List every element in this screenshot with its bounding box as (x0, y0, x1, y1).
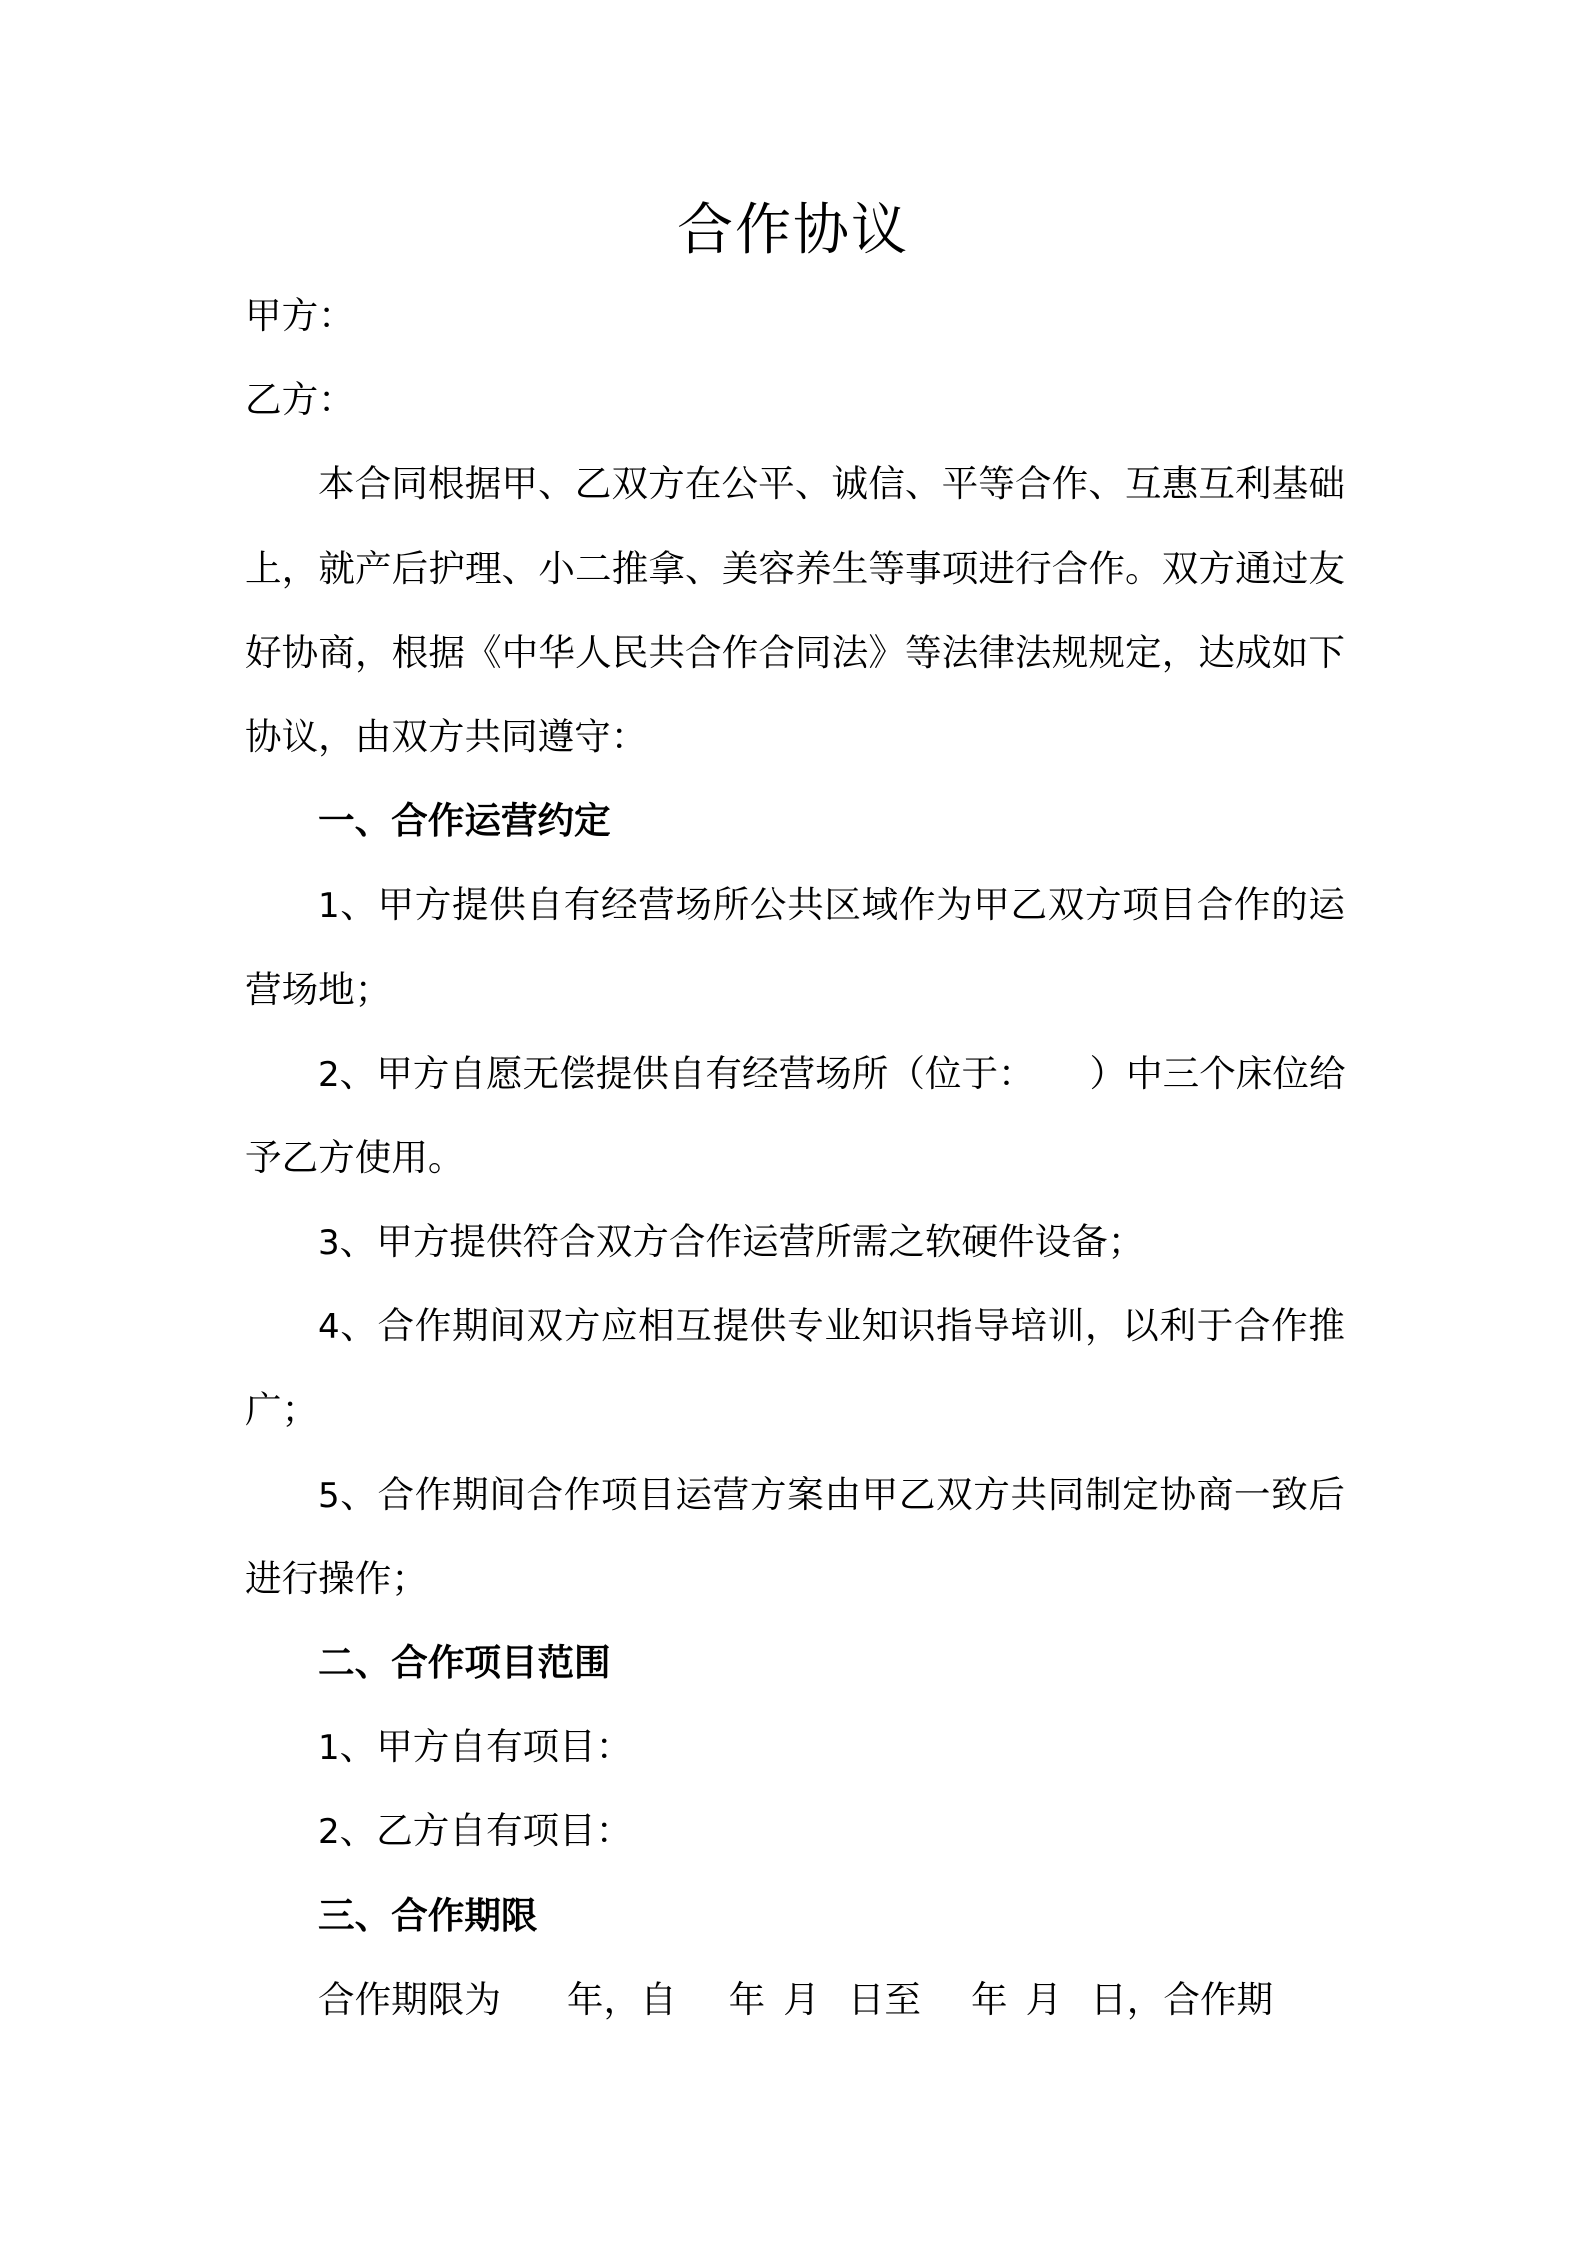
clause-line: 营场地； (245, 948, 1345, 1032)
document-page: 合作协议 甲方： 乙方： 本合同根据甲、乙双方在公平、诚信、平等合作、互惠互利基… (0, 0, 1586, 2244)
term-text: 日，合作期 (1090, 1978, 1273, 2021)
term-line: 合作期限为年，自年月日至年月日，合作期 (245, 1958, 1345, 2042)
clause-1-1: 1、甲方提供自有经营场所公共区域作为甲乙双方项目合作的运 营场地； (245, 863, 1345, 1031)
preamble-line: 上，就产后护理、小二推拿、美容养生等事项进行合作。双方通过友 (245, 527, 1345, 611)
clause-line: 3、甲方提供符合双方合作运营所需之软硬件设备； (245, 1200, 1345, 1284)
clause-text: 、合作期间双方应相互提供专业知识指导培训，以利于合作推 (340, 1304, 1345, 1347)
clause-1-3: 3、甲方提供符合双方合作运营所需之软硬件设备； (245, 1200, 1345, 1284)
clause-line: 2、甲方自愿无偿提供自有经营场所（位于： ）中三个床位给 (245, 1032, 1345, 1116)
clause-1-4: 4、合作期间双方应相互提供专业知识指导培训，以利于合作推 广； (245, 1284, 1345, 1452)
preamble-line: 本合同根据甲、乙双方在公平、诚信、平等合作、互惠互利基础 (245, 442, 1345, 526)
term-text: 合作期限为 (318, 1978, 501, 2021)
clause-text: 、甲方自有项目： (340, 1725, 633, 1768)
term-text: 月 (783, 1978, 820, 2021)
clause-line: 5、合作期间合作项目运营方案由甲乙双方共同制定协商一致后 (245, 1453, 1345, 1537)
section-heading-scope: 二、合作项目范围 (245, 1621, 1345, 1705)
clause-line: 进行操作； (245, 1537, 1345, 1621)
party-b-label: 乙方： (245, 378, 355, 421)
clause-line: 1、甲方提供自有经营场所公共区域作为甲乙双方项目合作的运 (245, 863, 1345, 947)
term-text: 月 (1026, 1978, 1063, 2021)
clause-line: 予乙方使用。 (245, 1116, 1345, 1200)
clause-1-5: 5、合作期间合作项目运营方案由甲乙双方共同制定协商一致后 进行操作； (245, 1453, 1345, 1621)
clause-text: 、甲方提供自有经营场所公共区域作为甲乙双方项目合作的运 (340, 883, 1345, 926)
preamble-line: 协议，由双方共同遵守： (245, 695, 1345, 779)
section-heading-operations: 一、合作运营约定 (245, 779, 1345, 863)
section-heading-term: 三、合作期限 (245, 1874, 1345, 1958)
term-text: 年 (971, 1978, 1008, 2021)
party-b-field: 乙方： (245, 358, 1345, 442)
clause-number: 2 (318, 1055, 340, 1095)
clause-text: 、合作期间合作项目运营方案由甲乙双方共同制定协商一致后 (340, 1473, 1345, 1516)
clause-1-2: 2、甲方自愿无偿提供自有经营场所（位于： ）中三个床位给 予乙方使用。 (245, 1032, 1345, 1200)
clause-number: 1 (318, 1728, 340, 1768)
clause-text: 、甲方自愿无偿提供自有经营场所（位于： ）中三个床位给 (340, 1052, 1346, 1095)
clause-text: 、乙方自有项目： (340, 1809, 633, 1852)
clause-line: 4、合作期间双方应相互提供专业知识指导培训，以利于合作推 (245, 1284, 1345, 1368)
term-text: 年 (729, 1978, 766, 2021)
clause-number: 1 (318, 886, 340, 926)
document-title: 合作协议 (0, 196, 1586, 266)
clause-line: 广； (245, 1368, 1345, 1452)
document-body: 甲方： 乙方： 本合同根据甲、乙双方在公平、诚信、平等合作、互惠互利基础 上，就… (245, 274, 1345, 2042)
clause-number: 2 (318, 1812, 340, 1852)
clause-2-2: 2、乙方自有项目： (245, 1789, 1345, 1873)
term-text: 日至 (848, 1978, 921, 2021)
preamble-paragraph: 本合同根据甲、乙双方在公平、诚信、平等合作、互惠互利基础 上，就产后护理、小二推… (245, 442, 1345, 779)
clause-number: 3 (318, 1223, 340, 1263)
term-text: 年，自 (567, 1978, 677, 2021)
party-a-label: 甲方： (245, 294, 355, 337)
clause-2-1: 1、甲方自有项目： (245, 1705, 1345, 1789)
party-a-field: 甲方： (245, 274, 1345, 358)
preamble-line: 好协商，根据《中华人民共合作合同法》等法律法规规定，达成如下 (245, 611, 1345, 695)
clause-text: 、甲方提供符合双方合作运营所需之软硬件设备； (340, 1220, 1145, 1263)
clause-number: 5 (318, 1476, 340, 1516)
clause-number: 4 (318, 1307, 340, 1347)
